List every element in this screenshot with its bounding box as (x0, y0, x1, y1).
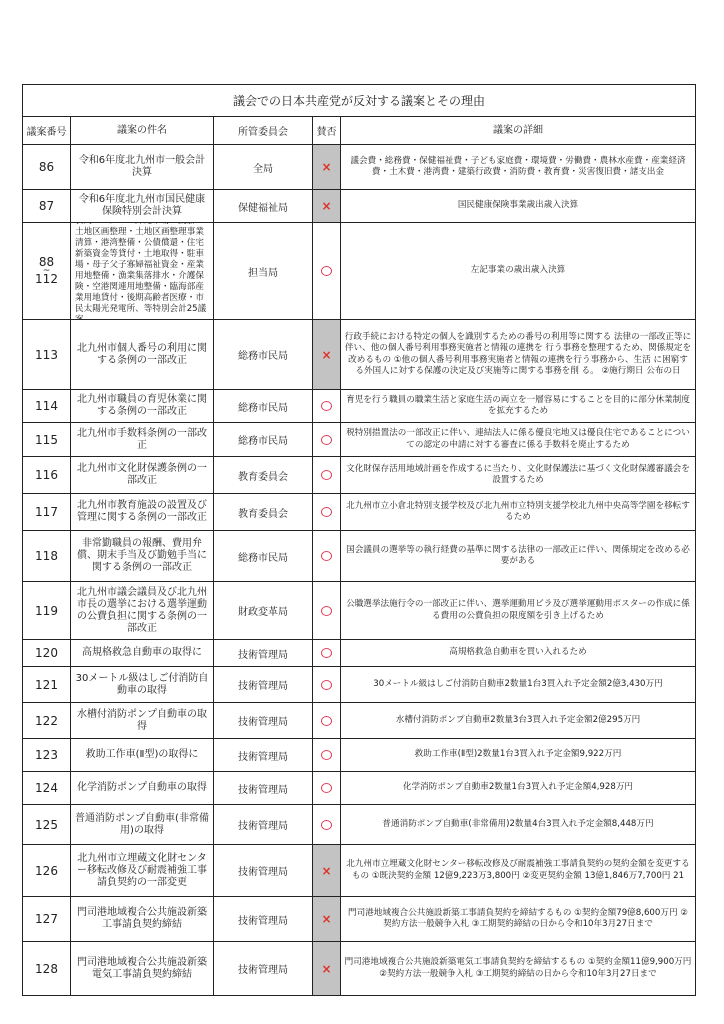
vote-cell: × (313, 942, 341, 995)
table-title: 議会での日本共産党が反対する議案とその理由 (23, 85, 695, 117)
table-row: 12130メートル級はしご付消防自動車の取得技術管理局30メートル級はしご付消防… (23, 667, 695, 703)
committee: 技術管理局 (214, 703, 313, 738)
bill-detail: 議会費・総務費・保健福祉費・子ども家庭費・環境費・労働費・農林水産費・産業経済費… (341, 145, 695, 189)
vote-cell (313, 531, 341, 581)
approve-circle-icon (321, 783, 332, 793)
bill-number: 120 (23, 640, 71, 666)
table-row: 124化学消防ポンプ自動車の取得技術管理局化学消防ポンプ自動車2数量1台3買入れ… (23, 772, 695, 805)
bill-number-to: 112 (35, 274, 58, 285)
committee: 技術管理局 (214, 942, 313, 995)
committee: 技術管理局 (214, 667, 313, 702)
vote-cell (313, 640, 341, 666)
bill-name: 普通消防ポンプ自動車(非常備用)の取得 (71, 805, 214, 844)
bill-number: 128 (23, 942, 71, 995)
vote-cell (313, 703, 341, 738)
approve-circle-icon (321, 266, 332, 276)
bill-detail: 国民健康保険事業歳出歳入決算 (341, 190, 695, 222)
bill-detail: 育児を行う職員の職業生活と家庭生活の両立を一層容易にすることを目的に部分休業制度… (341, 390, 695, 422)
oppose-cross-icon: × (321, 864, 331, 878)
vote-cell (313, 805, 341, 844)
bill-detail: 高規格救急自動車を買い入れるため (341, 640, 695, 666)
vote-cell: × (313, 897, 341, 941)
vote-cell: × (313, 145, 341, 189)
approve-circle-icon (321, 820, 332, 830)
bill-name: 高規格救急自動車の取得に (71, 640, 214, 666)
committee: 総務市民局 (214, 320, 313, 389)
bill-number: 86 (23, 145, 71, 189)
approve-circle-icon (321, 470, 332, 480)
bill-number: 114 (23, 390, 71, 422)
bill-name: 非常勤職員の報酬、費用弁償、期末手当及び勤勉手当に関する条例の一部改正 (71, 531, 214, 581)
committee: 技術管理局 (214, 772, 313, 804)
table-row: 120高規格救急自動車の取得に技術管理局高規格救急自動車を買い入れるため (23, 640, 695, 667)
committee: 技術管理局 (214, 739, 313, 771)
vote-cell (313, 457, 341, 493)
oppose-cross-icon: × (321, 912, 331, 926)
bill-number: 88~112 (23, 223, 71, 319)
committee: 技術管理局 (214, 805, 313, 844)
committee: 技術管理局 (214, 640, 313, 666)
bill-number: 116 (23, 457, 71, 493)
bill-name: 30メートル級はしご付消防自動車の取得 (71, 667, 214, 702)
column-header-name: 議案の件名 (71, 117, 214, 144)
oppose-cross-icon: × (321, 199, 331, 213)
bill-name: 門司港地域複合公共施設新築工事請負契約締結 (71, 897, 214, 941)
bill-detail: 門司港地域複合公共施設新築工事請負契約を締結するもの ①契約金額79億8,600… (341, 897, 695, 941)
approve-circle-icon (321, 401, 332, 411)
bill-detail: 文化財保存活用地域計画を作成するに当たり、文化財保護法に基づく文化財保護審議会を… (341, 457, 695, 493)
approve-circle-icon (321, 680, 332, 690)
bill-number: 125 (23, 805, 71, 844)
bill-number: 87 (23, 190, 71, 222)
committee: 総務市民局 (214, 423, 313, 456)
bill-name: 北九州市文化財保護条例の一部改正 (71, 457, 214, 493)
vote-cell: × (313, 845, 341, 896)
vote-cell (313, 739, 341, 771)
bill-name: 北九州市職員の育児休業に関する条例の一部改正 (71, 390, 214, 422)
bills-table: 議会での日本共産党が反対する議案とその理由 議案番号 議案の件名 所管委員会 賛… (22, 84, 696, 996)
approve-circle-icon (321, 606, 332, 616)
vote-cell (313, 423, 341, 456)
committee: 技術管理局 (214, 897, 313, 941)
table-row: 87令和6年度北九州市国民健康保険特別会計決算保健福祉局×国民健康保険事業歳出歳… (23, 190, 695, 223)
bill-detail: 北九州市立埋蔵文化財センター移転改修及び耐震補強工事請負契約の契約金額を変更する… (341, 845, 695, 896)
bill-detail: 救助工作車(Ⅱ型)2数量1台3買入れ予定金額9,922万円 (341, 739, 695, 771)
bill-detail: 化学消防ポンプ自動車2数量1台3買入れ予定金額4,928万円 (341, 772, 695, 804)
table-row: 113北九州市個人番号の利用に関する条例の一部改正総務市民局×行政手続における特… (23, 320, 695, 390)
bill-name: 門司港地域複合公共施設新築電気工事請負契約締結 (71, 942, 214, 995)
table-row: 118非常勤職員の報酬、費用弁償、期末手当及び勤勉手当に関する条例の一部改正総務… (23, 531, 695, 582)
table-row: 88~112食肉センター・卸売市場・渡船・土地区画整理・土地区画整理事業清算・港… (23, 223, 695, 320)
table-row: 116北九州市文化財保護条例の一部改正教育委員会文化財保存活用地域計画を作成する… (23, 457, 695, 494)
bill-name: 北九州市個人番号の利用に関する条例の一部改正 (71, 320, 214, 389)
bill-name: 北九州市手数料条例の一部改正 (71, 423, 214, 456)
table-row: 117北九州市教育施設の設置及び管理に関する条例の一部改正教育委員会北九州市立小… (23, 494, 695, 531)
approve-circle-icon (321, 716, 332, 726)
committee: 教育委員会 (214, 494, 313, 530)
bill-name: 救助工作車(Ⅱ型)の取得に (71, 739, 214, 771)
vote-cell (313, 494, 341, 530)
bill-number: 127 (23, 897, 71, 941)
column-header-committee: 所管委員会 (214, 117, 313, 144)
bill-number: 113 (23, 320, 71, 389)
committee: 総務市民局 (214, 531, 313, 581)
bill-number: 122 (23, 703, 71, 738)
bill-number: 124 (23, 772, 71, 804)
vote-cell (313, 223, 341, 319)
vote-cell (313, 390, 341, 422)
approve-circle-icon (321, 750, 332, 760)
approve-circle-icon (321, 507, 332, 517)
bill-detail: 普通消防ポンプ自動車(非常備用)2数量4台3買入れ予定金額8,448万円 (341, 805, 695, 844)
column-header-detail: 議案の詳細 (341, 117, 695, 144)
column-header-row: 議案番号 議案の件名 所管委員会 賛否 議案の詳細 (23, 117, 695, 145)
committee: 保健福祉局 (214, 190, 313, 222)
bill-number: 117 (23, 494, 71, 530)
vote-cell: × (313, 320, 341, 389)
bill-name: 令和6年度北九州市一般会計決算 (71, 145, 214, 189)
table-row: 123救助工作車(Ⅱ型)の取得に技術管理局救助工作車(Ⅱ型)2数量1台3買入れ予… (23, 739, 695, 772)
bill-name: 北九州市立埋蔵文化財センター移転改修及び耐震補強工事請負契約の一部変更 (71, 845, 214, 896)
column-header-vote: 賛否 (313, 117, 341, 144)
approve-circle-icon (321, 648, 332, 658)
column-header-number: 議案番号 (23, 117, 71, 144)
vote-cell: × (313, 190, 341, 222)
bill-detail: 門司港地域複合公共施設新築電気工事請負契約を締結するもの ①契約金額11億9,9… (341, 942, 695, 995)
oppose-cross-icon: × (321, 348, 331, 362)
bill-number: 119 (23, 582, 71, 639)
approve-circle-icon (321, 435, 332, 445)
bill-name: 北九州市議会議員及び北九州市長の選挙における選挙運動の公費負担に関する条例の一部… (71, 582, 214, 639)
vote-cell (313, 667, 341, 702)
committee: 総務市民局 (214, 390, 313, 422)
bill-detail: 北九州市立小倉北特別支援学校及び北九州市立特別支援学校北九州中央高等学園を移転す… (341, 494, 695, 530)
committee: 財政変革局 (214, 582, 313, 639)
vote-cell (313, 582, 341, 639)
committee: 教育委員会 (214, 457, 313, 493)
bill-name: 水槽付消防ポンプ自動車の取得 (71, 703, 214, 738)
committee: 担当局 (214, 223, 313, 319)
table-row: 114北九州市職員の育児休業に関する条例の一部改正総務市民局育児を行う職員の職業… (23, 390, 695, 423)
oppose-cross-icon: × (321, 962, 331, 976)
bill-name: 北九州市教育施設の設置及び管理に関する条例の一部改正 (71, 494, 214, 530)
table-row: 86令和6年度北九州市一般会計決算全局×議会費・総務費・保健福祉費・子ども家庭費… (23, 145, 695, 190)
bill-detail: 税特別措置法の一部改正に伴い、連結法人に係る優良宅地又は優良住宅であることについ… (341, 423, 695, 456)
vote-cell (313, 772, 341, 804)
table-row: 128門司港地域複合公共施設新築電気工事請負契約締結技術管理局×門司港地域複合公… (23, 942, 695, 995)
committee: 技術管理局 (214, 845, 313, 896)
approve-circle-icon (321, 551, 332, 561)
bill-name: 化学消防ポンプ自動車の取得 (71, 772, 214, 804)
bill-number: 123 (23, 739, 71, 771)
bill-detail: 公職選挙法施行令の一部改正に伴い、選挙運動用ビラ及び選挙運動用ポスターの作成に係… (341, 582, 695, 639)
bill-detail: 水槽付消防ポンプ自動車2数量3台3買入れ予定金額2億295万円 (341, 703, 695, 738)
bill-number: 126 (23, 845, 71, 896)
table-body: 86令和6年度北九州市一般会計決算全局×議会費・総務費・保健福祉費・子ども家庭費… (23, 145, 695, 995)
bill-name: 令和6年度北九州市国民健康保険特別会計決算 (71, 190, 214, 222)
bill-number: 115 (23, 423, 71, 456)
bill-detail: 行政手続における特定の個人を識別するための番号の利用等に関する 法律の一部改正等… (341, 320, 695, 389)
table-row: 122水槽付消防ポンプ自動車の取得技術管理局水槽付消防ポンプ自動車2数量3台3買… (23, 703, 695, 739)
table-row: 115北九州市手数料条例の一部改正総務市民局税特別措置法の一部改正に伴い、連結法… (23, 423, 695, 457)
bill-detail: 左記事業の歳出歳入決算 (341, 223, 695, 319)
bill-name: 食肉センター・卸売市場・渡船・土地区画整理・土地区画整理事業清算・港湾整備・公債… (71, 223, 214, 319)
table-row: 125普通消防ポンプ自動車(非常備用)の取得技術管理局普通消防ポンプ自動車(非常… (23, 805, 695, 845)
table-row: 126北九州市立埋蔵文化財センター移転改修及び耐震補強工事請負契約の一部変更技術… (23, 845, 695, 897)
bill-detail: 30メートル級はしご付消防自動車2数量1台3買入れ予定金額2億3,430万円 (341, 667, 695, 702)
bill-detail: 国会議員の選挙等の執行経費の基準に関する法律の一部改正に伴い、関係規定を改める必… (341, 531, 695, 581)
bill-number: 118 (23, 531, 71, 581)
oppose-cross-icon: × (321, 160, 331, 174)
table-row: 127門司港地域複合公共施設新築工事請負契約締結技術管理局×門司港地域複合公共施… (23, 897, 695, 942)
table-row: 119北九州市議会議員及び北九州市長の選挙における選挙運動の公費負担に関する条例… (23, 582, 695, 640)
bill-number: 121 (23, 667, 71, 702)
committee: 全局 (214, 145, 313, 189)
